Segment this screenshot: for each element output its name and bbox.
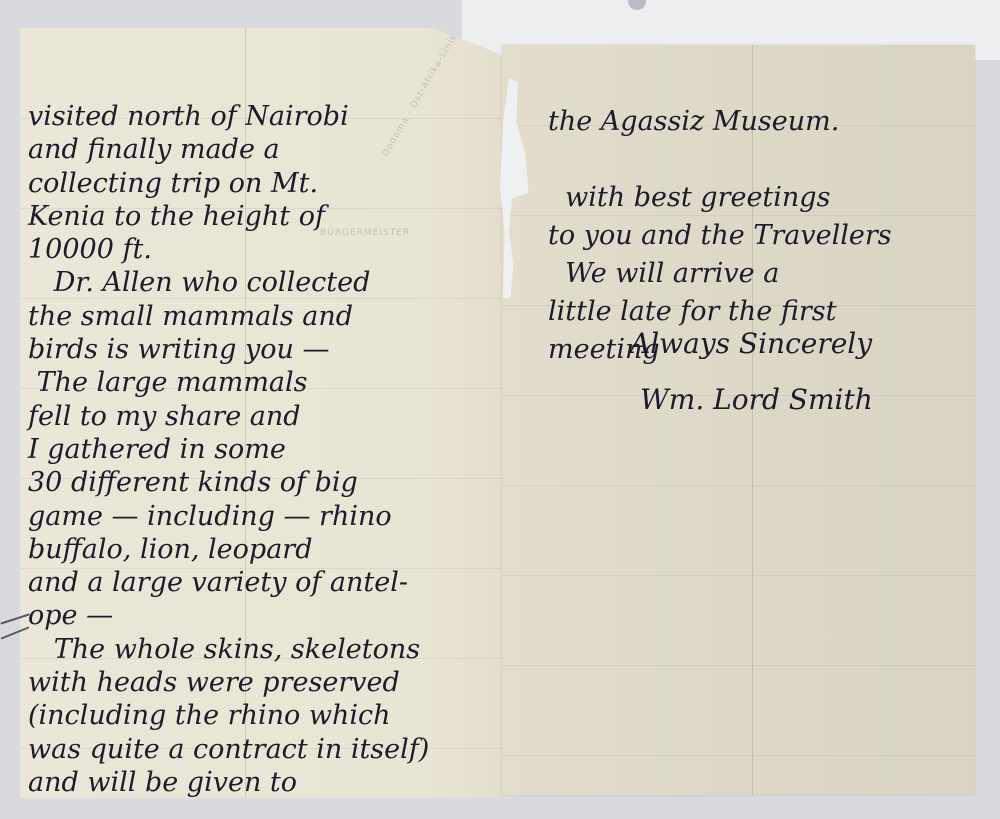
text-line: Kenia to the height of [28, 200, 429, 233]
signature: Wm. Lord Smith [640, 383, 873, 416]
text-line: ope — [28, 599, 429, 632]
text-line: and will be given to [28, 766, 429, 799]
left-page-text: visited north of Nairobiand finally made… [28, 100, 429, 799]
ruled-line [502, 755, 975, 756]
text-line: (including the rhino which [28, 699, 429, 732]
closing: Always Sincerely [630, 327, 872, 360]
text-line: birds is writing you — [28, 333, 429, 366]
text-line: little late for the first [548, 293, 892, 331]
text-line: game — including — rhino [28, 500, 429, 533]
text-line [548, 141, 892, 179]
text-line: buffalo, lion, leopard [28, 533, 429, 566]
ruled-line [502, 485, 975, 486]
text-line: the Agassiz Museum. [548, 103, 892, 141]
text-line: I gathered in some [28, 433, 429, 466]
text-line: 30 different kinds of big [28, 466, 429, 499]
text-line: and finally made a [28, 133, 429, 166]
text-line: We will arrive a [548, 255, 892, 293]
ruled-line [502, 575, 975, 576]
text-line: the small mammals and [28, 300, 429, 333]
text-line: visited north of Nairobi [28, 100, 429, 133]
text-line: 10000 ft. [28, 233, 429, 266]
text-line: and a large variety of antel- [28, 566, 429, 599]
text-line: with best greetings [548, 179, 892, 217]
text-line: Dr. Allen who collected [28, 266, 429, 299]
text-line: The whole skins, skeletons [28, 633, 429, 666]
text-line: was quite a contract in itself) [28, 733, 429, 766]
letter-page-left: Dodoma - Ost-Afrika-Linie BÜRGERMEISTER … [20, 28, 512, 798]
letter-page-right: the Agassiz Museum. with best greetingst… [502, 45, 975, 795]
text-line: The large mammals [28, 366, 429, 399]
text-line: with heads were preserved [28, 666, 429, 699]
text-line: fell to my share and [28, 400, 429, 433]
ruled-line [502, 665, 975, 666]
text-line: collecting trip on Mt. [28, 167, 429, 200]
text-line: to you and the Travellers [548, 217, 892, 255]
